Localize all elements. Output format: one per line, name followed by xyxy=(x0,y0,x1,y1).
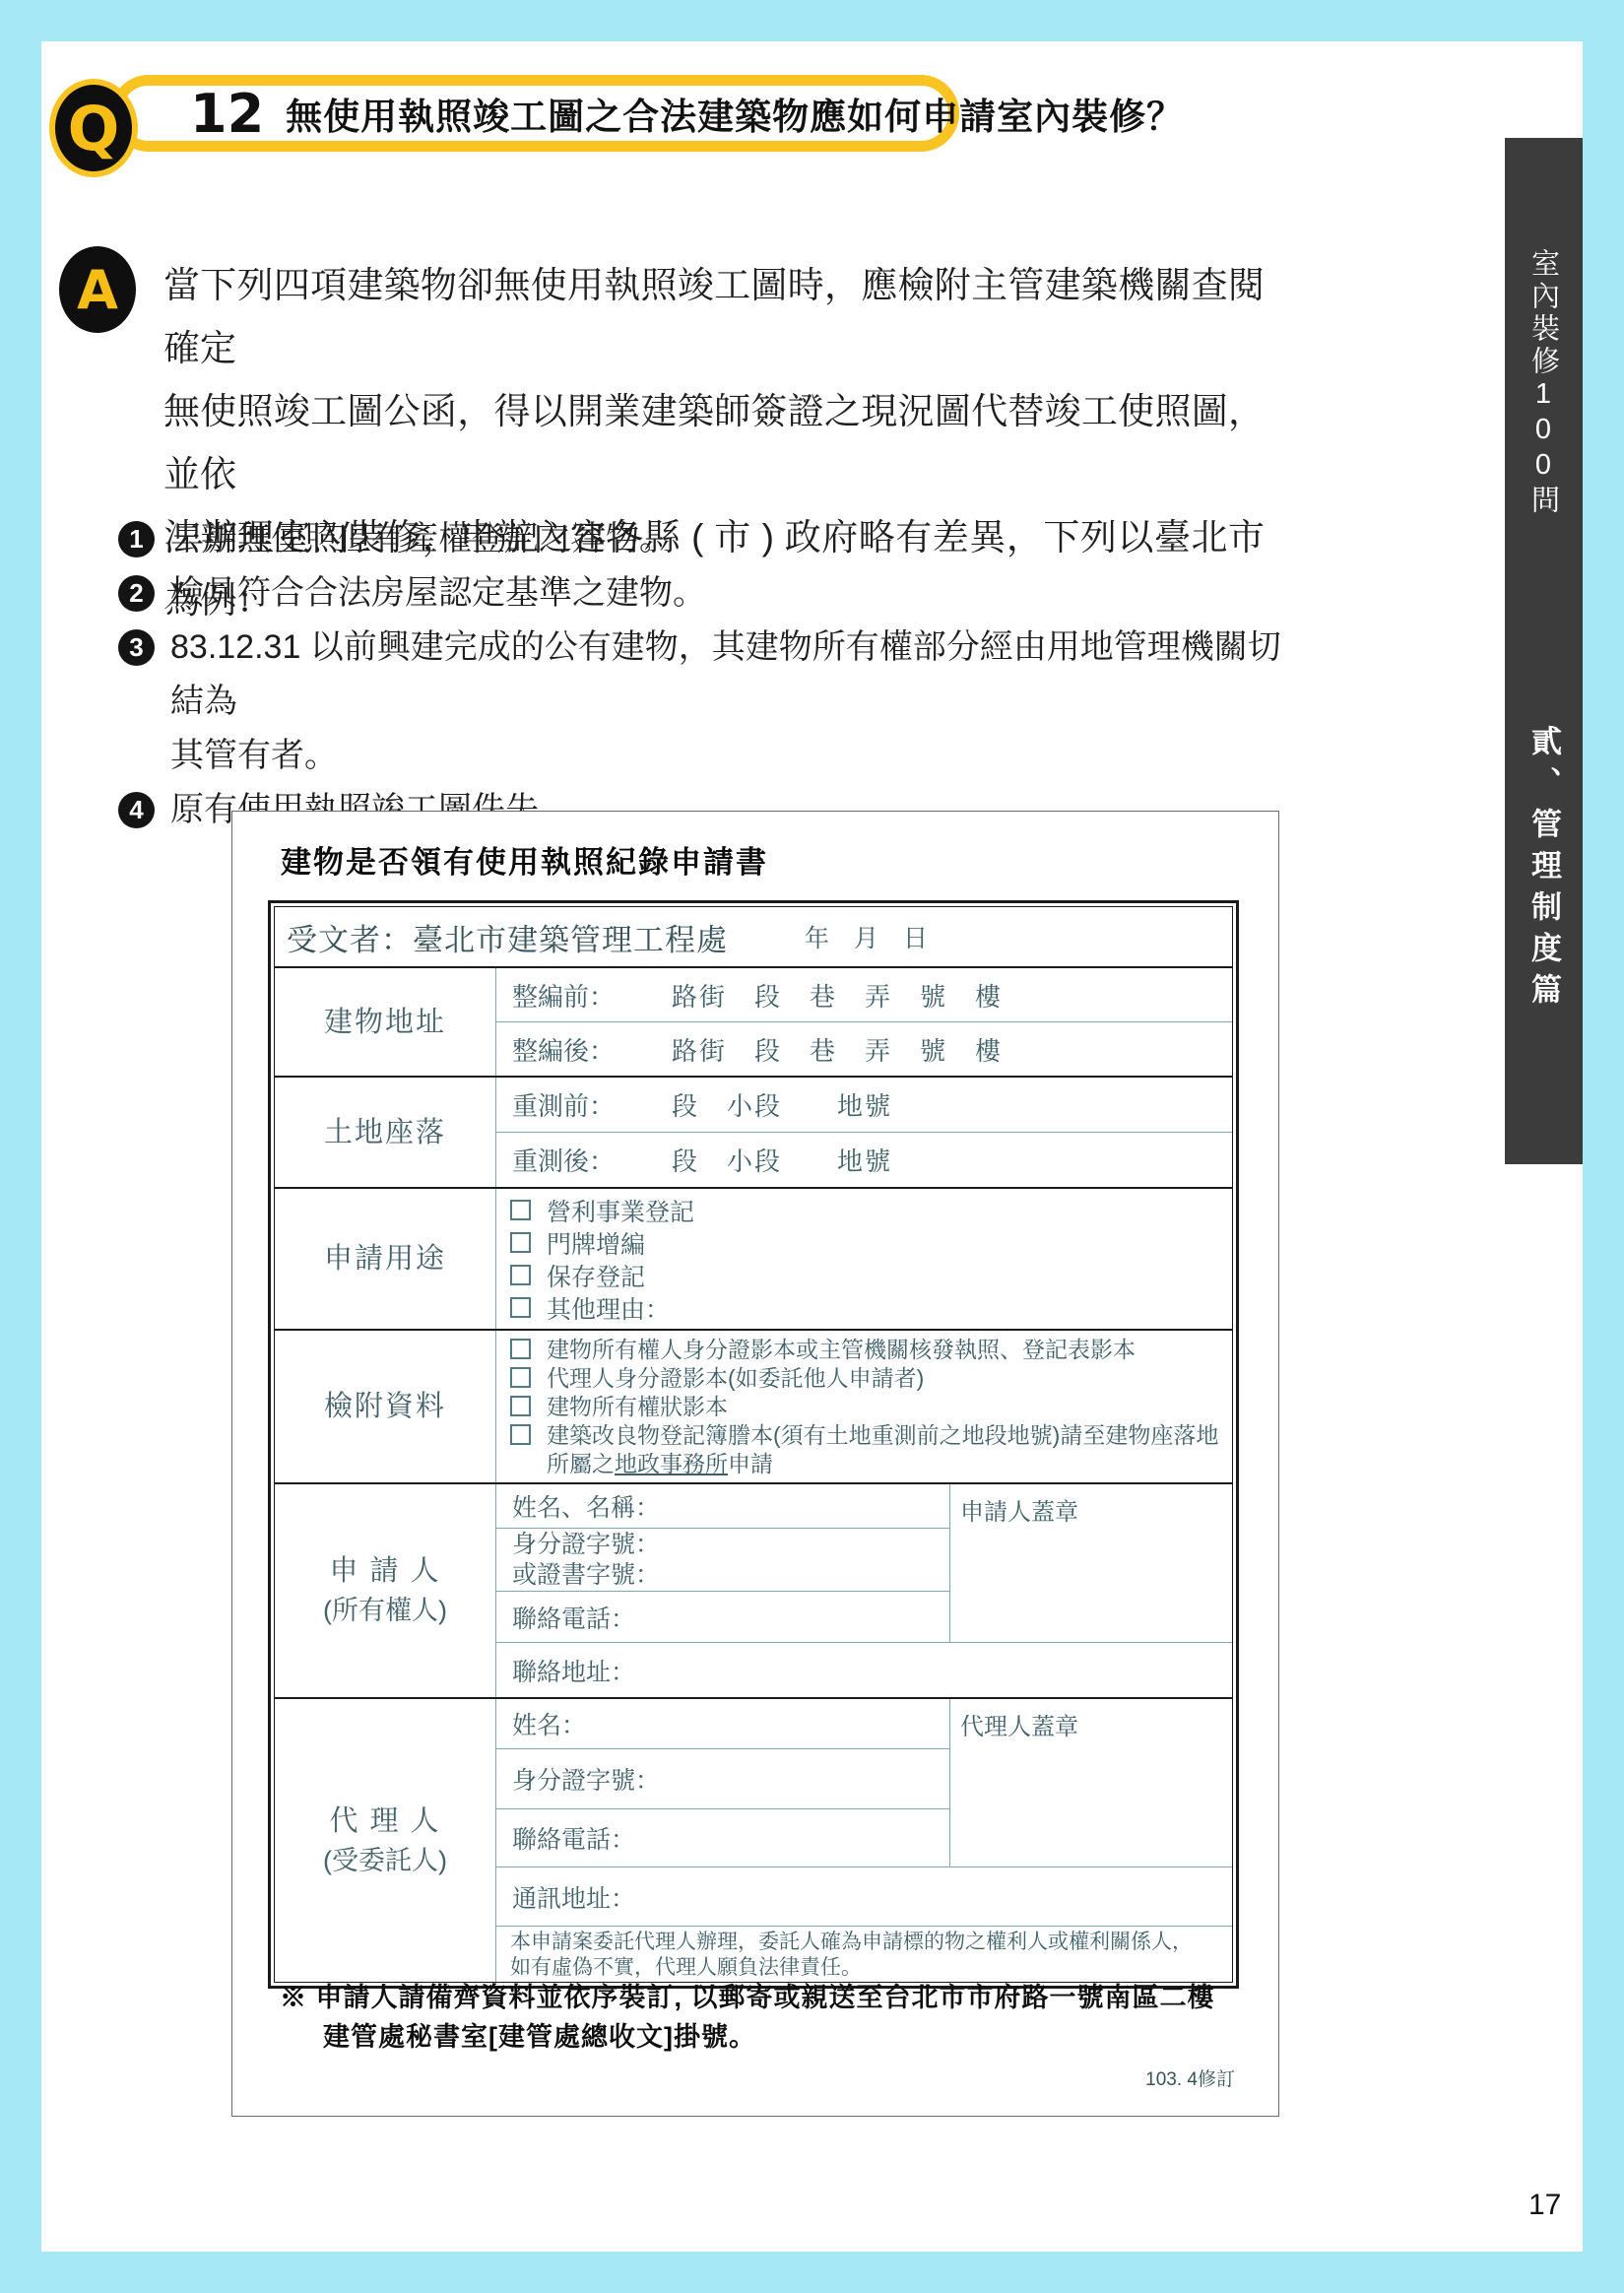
form-revision-date: 103. 4修訂 xyxy=(1145,2064,1235,2091)
attachment-option: 代理人身分證影本(如委託他人申請者) xyxy=(496,1364,1232,1393)
land-before-field: 重測前： 段 小段 地號 xyxy=(496,1078,1232,1132)
answer-list: 1 早期無使照但有產權登記之建物。 2 檢具符合合法房屋認定基準之建物。 3 8… xyxy=(118,512,1285,837)
applicant-name-field: 姓名、名稱： xyxy=(496,1484,949,1528)
answer-line: 無使照竣工圖公函，得以開業建築師簽證之現況圖代替竣工使照圖，並依 xyxy=(163,380,1265,506)
form-row-building-address: 建物地址 整編前： 路街 段 巷 弄 號 樓 整編後： 路街 段 巷 弄 號 樓 xyxy=(275,966,1232,1076)
date-label: 年 月 日 xyxy=(805,919,928,954)
applicant-address-field: 聯絡地址： xyxy=(496,1642,1232,1697)
checkbox-icon xyxy=(510,1297,531,1318)
list-item: 3 83.12.31 以前興建完成的公有建物，其建物所有權部分經由用地管理機關切… xyxy=(118,621,1285,783)
checkbox-icon xyxy=(510,1339,531,1359)
checkbox-icon xyxy=(510,1424,531,1445)
question-title: 無使用執照竣工圖之合法建築物應如何申請室內裝修？ xyxy=(286,87,1184,140)
answer-badge-letter: A xyxy=(77,259,118,321)
agent-stamp-box: 代理人蓋章 xyxy=(949,1699,1232,1867)
form-table: 受文者：臺北市建築管理工程處 年 月 日 建物地址 整編前： 路街 段 巷 弄 … xyxy=(268,900,1239,1989)
agent-declaration: 本申請案委託代理人辦理，委託人確為申請標的物之權利人或權利關係人， 如有虛偽不實… xyxy=(496,1926,1232,1982)
form-row-attachments: 檢附資料 建物所有權人身分證影本或主管機關核發執照、登記表影本 代理人身分證影本… xyxy=(275,1329,1232,1482)
land-after-field: 重測後： 段 小段 地號 xyxy=(496,1132,1232,1187)
agent-address-field: 通訊地址： xyxy=(496,1867,1232,1926)
application-form-figure: 建物是否領有使用執照紀錄申請書 受文者：臺北市建築管理工程處 年 月 日 建物地… xyxy=(231,811,1279,2117)
row-label: 建物地址 xyxy=(275,968,496,1076)
list-number-badge: 2 xyxy=(118,575,155,612)
attachment-option: 建築改良物登記簿謄本(須有土地重測前之地段地號)請至建物座落地所屬之地政事務所申… xyxy=(496,1421,1232,1478)
row-label: 申請用途 xyxy=(275,1189,496,1329)
answer-line: 當下列四項建築物卻無使用執照竣工圖時，應檢附主管建築機關查閱確定 xyxy=(163,254,1265,380)
address-before-field: 整編前： 路街 段 巷 弄 號 樓 xyxy=(496,968,1232,1021)
usage-option: 保存登記 xyxy=(496,1259,1232,1291)
page-number: 17 xyxy=(1528,2189,1561,2222)
checkbox-icon xyxy=(510,1367,531,1388)
row-label: 代 理 人 (受委託人) xyxy=(275,1699,496,1982)
list-number-badge: 1 xyxy=(118,521,155,557)
checkbox-icon xyxy=(510,1200,531,1220)
attachment-option: 建物所有權人身分證影本或主管機關核發執照、登記表影本 xyxy=(496,1336,1232,1364)
agent-name-field: 姓名： xyxy=(496,1699,949,1748)
list-item-text: 早期無使照但有產權登記之建物。 xyxy=(170,512,673,566)
checkbox-icon xyxy=(510,1265,531,1285)
list-item: 1 早期無使照但有產權登記之建物。 xyxy=(118,512,1285,566)
row-label: 申 請 人 (所有權人) xyxy=(275,1484,496,1697)
usage-option: 營利事業登記 xyxy=(496,1194,1232,1226)
question-badge: Q xyxy=(49,79,138,177)
row-label: 檢附資料 xyxy=(275,1331,496,1482)
form-row-land-location: 土地座落 重測前： 段 小段 地號 重測後： 段 小段 地號 xyxy=(275,1076,1232,1187)
applicant-phone-field: 聯絡電話： xyxy=(496,1591,949,1642)
list-item-text: 83.12.31 以前興建完成的公有建物，其建物所有權部分經由用地管理機關切結為… xyxy=(170,621,1285,783)
applicant-stamp-box: 申請人蓋章 xyxy=(949,1484,1232,1642)
form-row-usage: 申請用途 營利事業登記 門牌增編 保存登記 xyxy=(275,1187,1232,1329)
row-label: 土地座落 xyxy=(275,1078,496,1187)
recipient-label: 受文者：臺北市建築管理工程處 xyxy=(287,915,728,959)
agent-id-field: 身分證字號： xyxy=(496,1748,949,1808)
address-after-field: 整編後： 路街 段 巷 弄 號 樓 xyxy=(496,1021,1232,1076)
sidebar-tab: 室內裝修100問 貳、管理制度篇 xyxy=(1505,138,1583,1164)
list-item-text-line2: 其管有者。 xyxy=(170,729,1285,783)
question-badge-letter: Q xyxy=(68,93,120,164)
list-item-text-line1: 83.12.31 以前興建完成的公有建物，其建物所有權部分經由用地管理機關切結為 xyxy=(170,621,1285,729)
answer-badge: A xyxy=(59,246,136,333)
sidebar-chapter-title: 貳、管理制度篇 xyxy=(1522,725,1566,1015)
list-number-badge: 3 xyxy=(118,629,155,666)
attachment-option: 建物所有權狀影本 xyxy=(496,1393,1232,1421)
form-row-applicant: 申 請 人 (所有權人) 姓名、名稱： 身分證字號： 或證書字號： xyxy=(275,1482,1232,1697)
form-footnote: ※ 申請人請備齊資料並依序裝訂, 以郵寄或親送至台北市市府路一號南區二樓 建管處… xyxy=(280,1978,1215,2057)
form-title: 建物是否領有使用執照紀錄申請書 xyxy=(281,837,768,882)
question-number: 12 xyxy=(190,83,264,145)
usage-option: 門牌增編 xyxy=(496,1226,1232,1259)
list-item: 2 檢具符合合法房屋認定基準之建物。 xyxy=(118,566,1285,621)
question-title-box: 12 無使用執照竣工圖之合法建築物應如何申請室內裝修？ xyxy=(110,75,959,152)
applicant-id-field: 身分證字號： 或證書字號： xyxy=(496,1528,949,1591)
agent-phone-field: 聯絡電話： xyxy=(496,1808,949,1867)
underlined-text: 地政事務所 xyxy=(615,1451,728,1476)
checkbox-icon xyxy=(510,1232,531,1253)
list-number-badge: 4 xyxy=(118,792,155,828)
usage-option: 其他理由： xyxy=(496,1291,1232,1324)
checkbox-icon xyxy=(510,1396,531,1416)
sidebar-series-title: 室內裝修100問 xyxy=(1524,248,1564,517)
form-row-recipient: 受文者：臺北市建築管理工程處 年 月 日 xyxy=(275,907,1232,966)
list-item-text: 檢具符合合法房屋認定基準之建物。 xyxy=(170,566,706,621)
form-row-agent: 代 理 人 (受委託人) 姓名： 身分證字號： 聯 xyxy=(275,1697,1232,1982)
